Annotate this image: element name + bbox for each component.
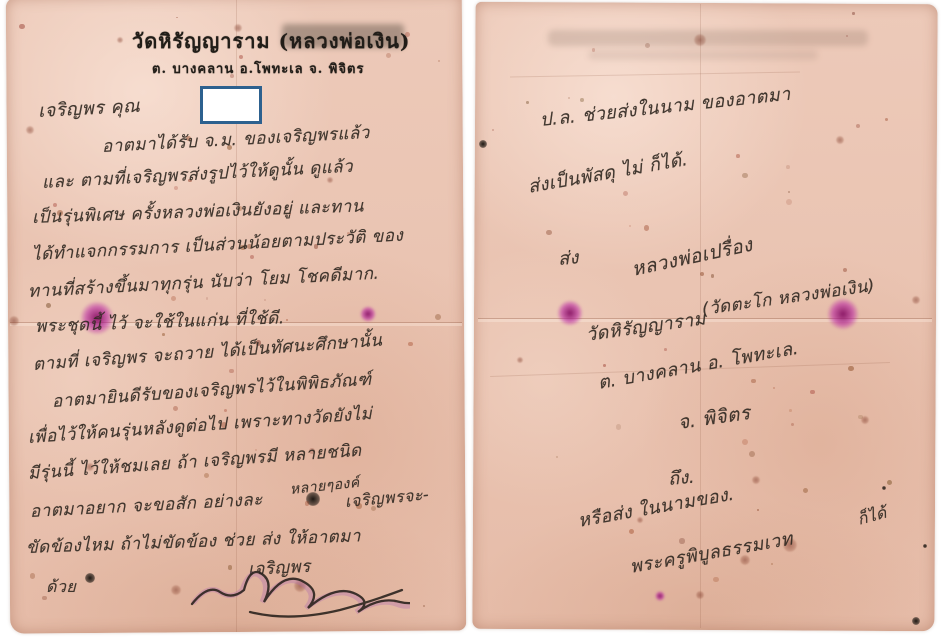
handwritten-line: จ. พิจิตร [676,398,752,438]
signature-scrawl [190,560,410,620]
handwritten-line: พระชุดนี้ ไว้ จะใช้ในแก่น ที่ใช้ดี. [35,304,285,340]
handwritten-line: อาตมาอยาก จะขอสัก อย่างละ [29,486,263,525]
text-layer: วัดหิรัญญาราม (หลวงพ่อเงิน) ต. บางคลาน อ… [0,0,944,641]
letterhead-address: ต. บางคลาน อ.โพทะเล จ. พิจิตร [152,58,364,79]
redaction-box [200,86,262,124]
letterhead-temple-name: วัดหิรัญญาราม (หลวงพ่อเงิน) [132,25,410,57]
handwritten-line: ทานที่สร้างขึ้นมาทุกรุ่น นับว่า โยม โชคด… [27,260,380,305]
handwritten-line: และ ตามที่เจริญพรส่งรูปไว้ให้ดูนั้น ดูแล… [41,153,353,196]
handwritten-word-duai: ด้วย [46,575,76,600]
handwritten-line: (วัดตะโก หลวงพ่อเงิน) [700,272,877,323]
handwritten-word-kodai: ก็ได้ [855,501,890,533]
handwritten-line: หลวงพ่อเปรื่อง [629,230,756,285]
handwritten-line: หรือส่ง ในนามของ. [575,479,736,535]
handwritten-line: พระครูพิบูลธรรมเวท [627,524,795,581]
handwritten-line: ส่งเป็นพัสดุ ไม่ ก็ได้. [525,144,690,201]
handwritten-line: ขัดข้องไหม ถ้าไม่ขัดข้อง ช่วย ส่ง ให้อาต… [26,522,362,561]
scanned-letter-image: วัดหิรัญญาราม (หลวงพ่อเงิน) ต. บางคลาน อ… [0,0,944,641]
handwritten-line: วัดหิรัญญาราม [584,303,708,349]
handwritten-line: ป.ล. ช่วยส่งในนาม ของอาตมา [538,79,792,134]
handwritten-line: เจริญพร คุณ [37,91,141,125]
handwritten-line: ส่ง [557,242,580,273]
